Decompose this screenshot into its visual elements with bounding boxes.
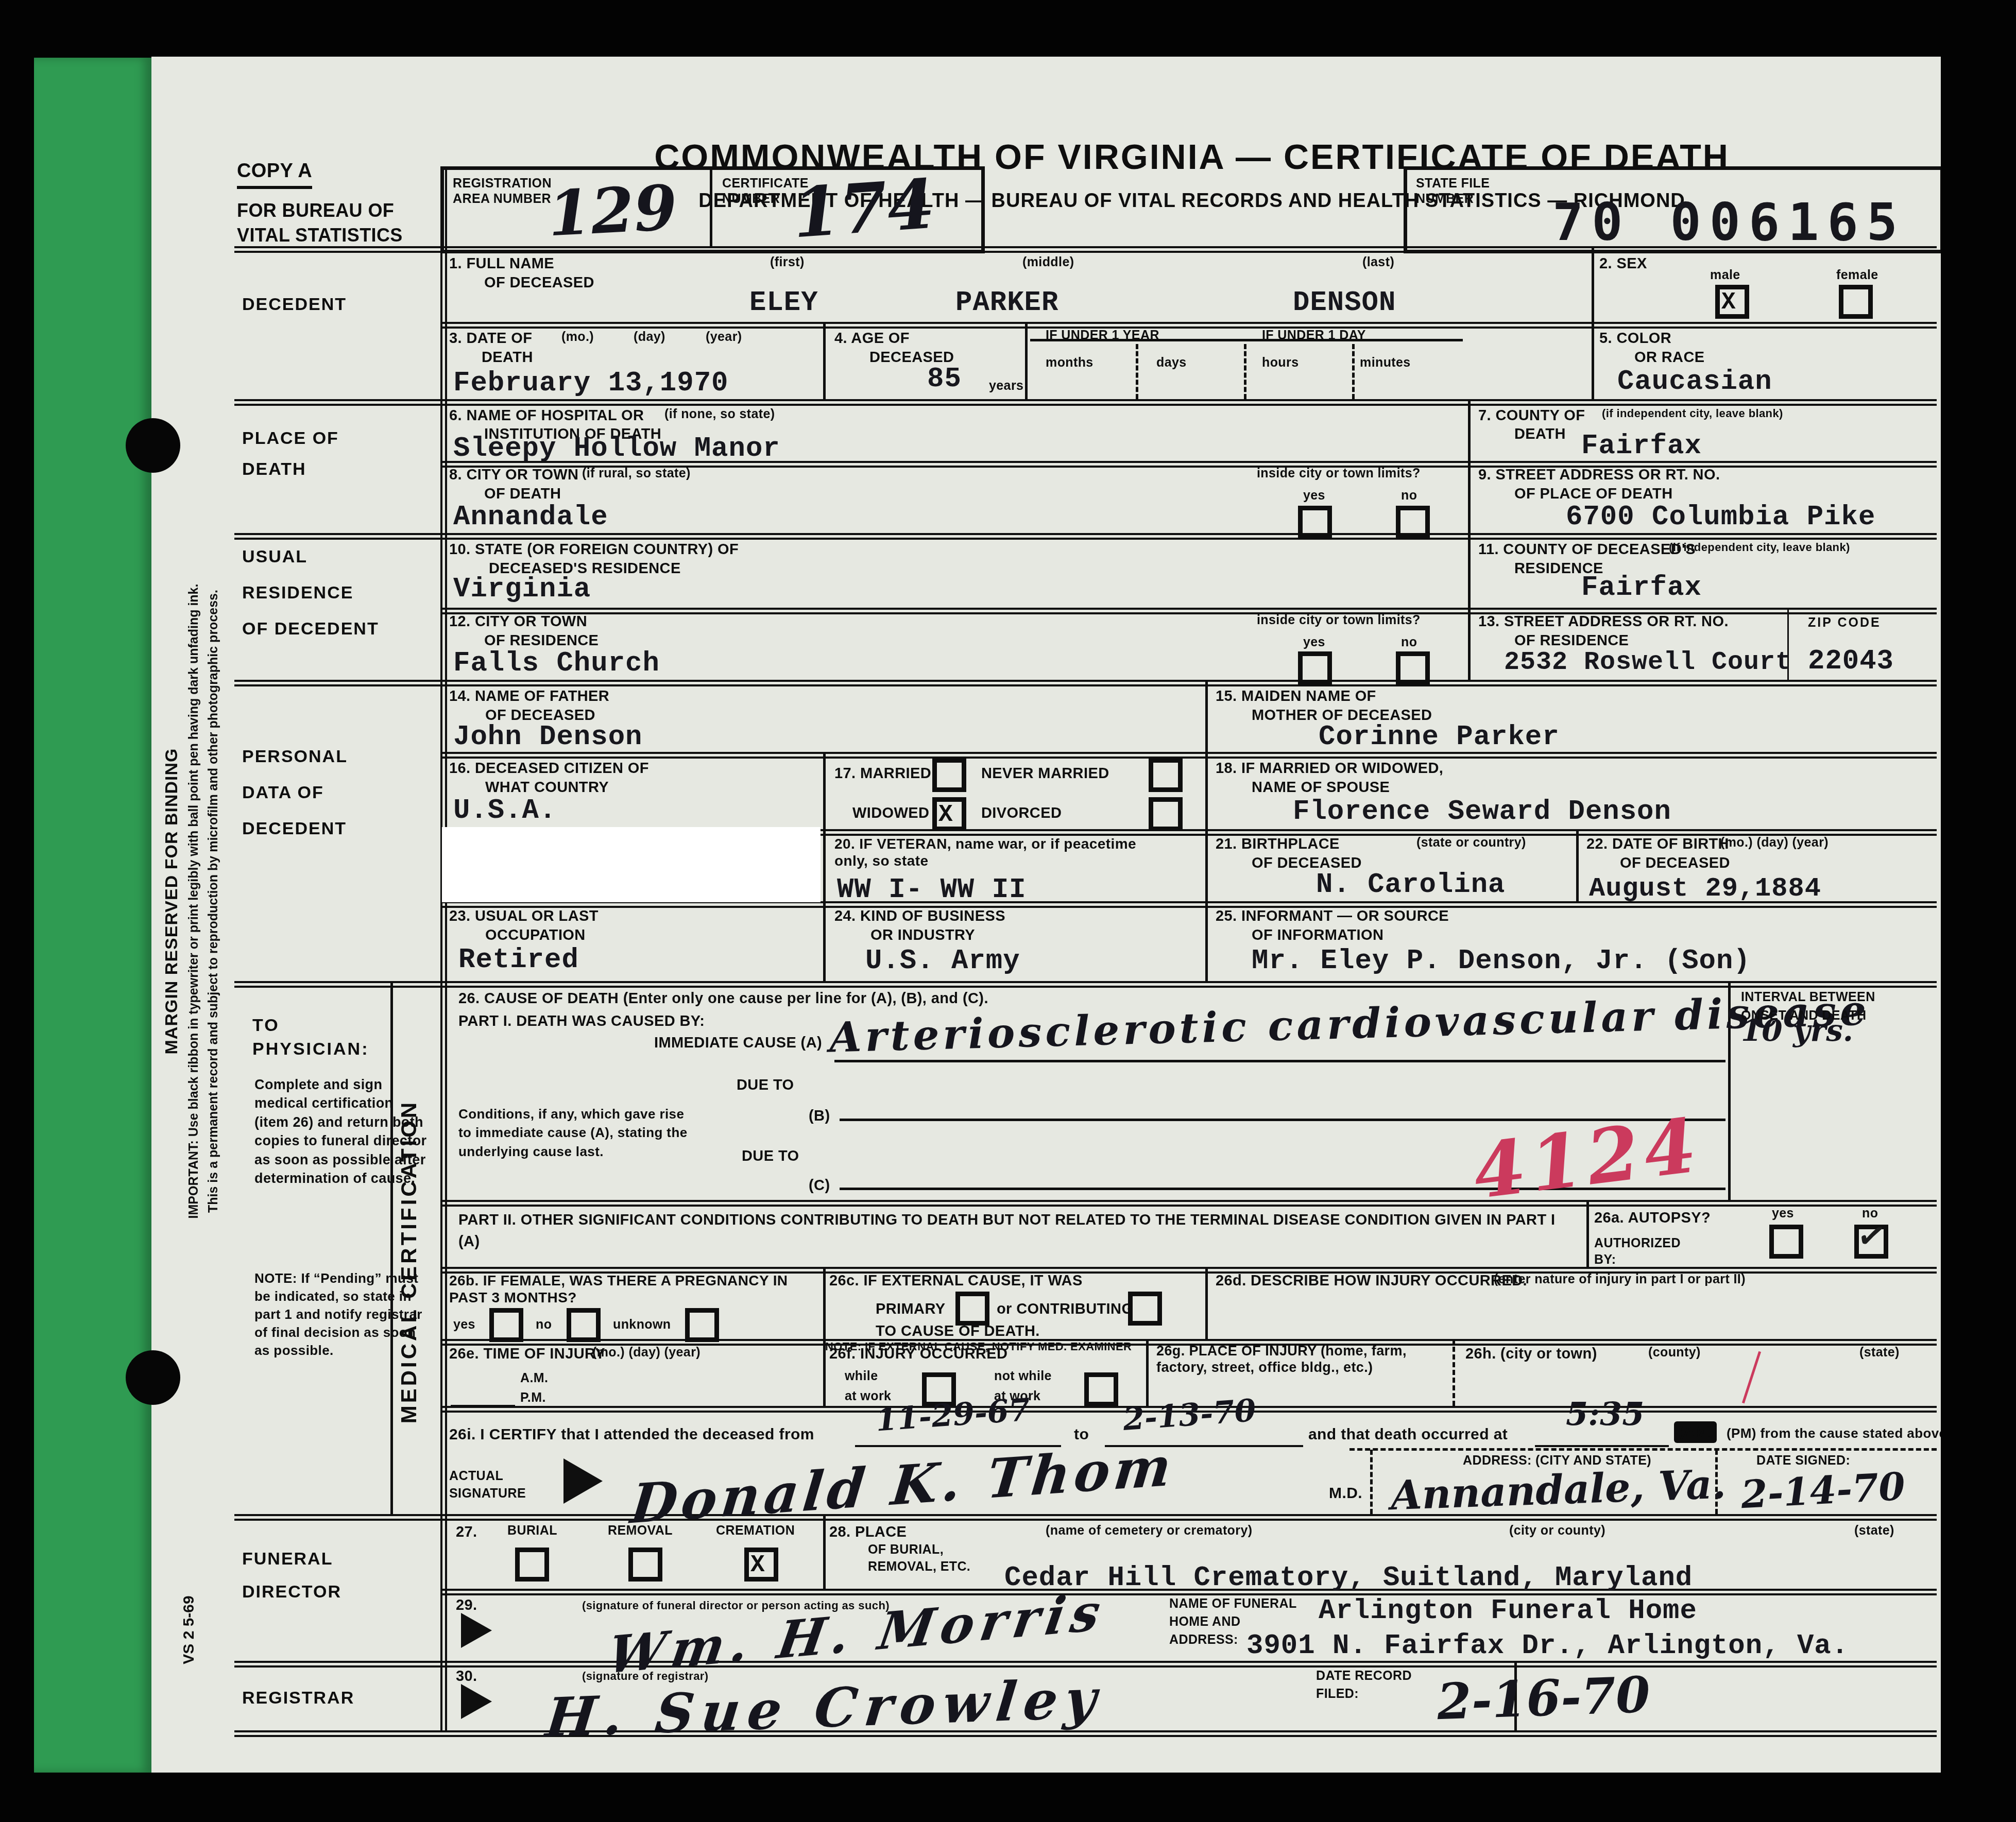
- residence-state-value: Virginia: [453, 576, 591, 604]
- pregnancy-no-checkbox: [567, 1308, 601, 1342]
- field-3-label: 3. DATE OF: [449, 330, 532, 347]
- divider: [440, 1200, 1937, 1207]
- limits-no-checkbox-1: [1396, 506, 1430, 540]
- margin-permanent-note: This is a permanent record and subject t…: [206, 482, 221, 1321]
- field-28-label-2: OF BURIAL,: [868, 1542, 944, 1558]
- form-code: VS 2 5-69: [180, 1560, 198, 1699]
- divider: [234, 246, 1937, 253]
- age-years-label: years: [989, 379, 1023, 394]
- death-certificate-scan: COMMONWEALTH OF VIRGINIA — CERTIFICATE O…: [0, 0, 2016, 1822]
- field-23-label: 23. USUAL OR LAST: [449, 907, 599, 925]
- field-6-sub: (if none, so state): [664, 407, 775, 422]
- field-3-mo: (mo.): [561, 330, 594, 345]
- field-1-label2: OF DECEASED: [484, 274, 594, 291]
- cremation-label: CREMATION: [716, 1523, 795, 1539]
- date-of-birth-value: August 29,1884: [1589, 875, 1821, 902]
- rule: [1136, 344, 1138, 399]
- primary-label: PRIMARY: [876, 1300, 945, 1318]
- physician-address-value: Annandale, Va.: [1390, 1465, 1727, 1517]
- redaction-box: [442, 827, 821, 902]
- pregnancy-no-label: no: [536, 1317, 552, 1333]
- section-personal-3: DECEDENT: [242, 819, 347, 839]
- field-14-label: 14. NAME OF FATHER: [449, 687, 609, 705]
- months-label: months: [1046, 355, 1094, 371]
- hole-punch: [126, 1350, 180, 1405]
- veteran-value: WW I- WW II: [837, 876, 1026, 904]
- field-26d-sub: (enter nature of injury in part I or par…: [1494, 1272, 1746, 1287]
- name-last-value: DENSON: [1293, 289, 1396, 317]
- not-while-label-1: not while: [994, 1369, 1052, 1384]
- minutes-label: minutes: [1360, 355, 1411, 371]
- limits-question-2: inside city or town limits?: [1257, 613, 1421, 628]
- field-1-middle: (middle): [1022, 255, 1074, 270]
- field-5-label: 5. COLOR: [1599, 330, 1671, 347]
- field-24-label: 24. KIND OF BUSINESS: [834, 907, 1005, 925]
- field-9-label2: OF PLACE OF DEATH: [1514, 485, 1673, 503]
- part-2-label: PART II. OTHER SIGNIFICANT CONDITIONS CO…: [458, 1209, 1561, 1252]
- field-8-sub: (if rural, so state): [582, 466, 691, 482]
- section-residence-2: RESIDENCE: [242, 583, 353, 603]
- cause-b-label: (B): [809, 1107, 830, 1125]
- date-signed-label: DATE SIGNED:: [1756, 1453, 1850, 1469]
- pregnancy-unknown-checkbox: [685, 1308, 719, 1342]
- field-22-label: 22. DATE OF BIRTH: [1586, 835, 1729, 853]
- section-registrar: REGISTRAR: [242, 1688, 354, 1708]
- pregnancy-unknown-label: unknown: [613, 1317, 671, 1333]
- autopsy-yes-checkbox: [1769, 1225, 1803, 1259]
- signature-arrow-icon: [563, 1458, 603, 1504]
- field-26-label: 26. CAUSE OF DEATH (Enter only one cause…: [458, 990, 988, 1007]
- field-26d-label: 26d. DESCRIBE HOW INJURY OCCURRED.: [1216, 1272, 1527, 1290]
- field-4-label: 4. AGE OF: [834, 330, 910, 347]
- mother-name-value: Corinne Parker: [1319, 724, 1560, 751]
- section-decedent: DECEDENT: [242, 295, 347, 315]
- date-record-filed-label-2: FILED:: [1316, 1687, 1359, 1702]
- rule: [1576, 829, 1579, 901]
- rule: [823, 322, 826, 399]
- cause-c-label: (C): [809, 1177, 830, 1194]
- attended-to-value: 2-13-70: [1122, 1395, 1257, 1435]
- main-vertical-rule: [440, 166, 447, 1730]
- field-29-number: 29.: [456, 1596, 477, 1614]
- margin-binding-note: MARGIN RESERVED FOR BINDING: [162, 482, 182, 1321]
- field-9-label: 9. STREET ADDRESS OR RT. NO.: [1478, 466, 1720, 484]
- field-17-married-label: 17. MARRIED: [834, 765, 931, 782]
- limits-yes-label-1: yes: [1303, 488, 1325, 504]
- autopsy-yes-label: yes: [1772, 1206, 1794, 1222]
- cemetery-city-header: (city or county): [1509, 1523, 1605, 1539]
- field-11-label: 11. COUNTY OF DECEASED'S: [1478, 541, 1696, 558]
- county-of-death-value: Fairfax: [1581, 433, 1702, 460]
- citizen-value: U.S.A.: [453, 797, 556, 825]
- divider: [234, 1730, 1937, 1737]
- zip-code-value: 22043: [1808, 648, 1894, 676]
- binding-strip: [34, 58, 151, 1773]
- registrar-arrow-icon: [461, 1684, 492, 1719]
- field-20-label: 20. IF VETERAN, name war, or if peacetim…: [834, 835, 1164, 869]
- zip-code-label: ZIP CODE: [1808, 615, 1881, 631]
- burial-label: BURIAL: [507, 1523, 557, 1539]
- field-25-label: 25. INFORMANT — OR SOURCE: [1216, 907, 1449, 925]
- field-5-label2: OR RACE: [1634, 349, 1705, 366]
- business-value: U.S. Army: [865, 948, 1020, 975]
- section-funeral-2: DIRECTOR: [242, 1582, 341, 1602]
- residence-county-value: Fairfax: [1581, 574, 1702, 602]
- divider: [440, 752, 1937, 759]
- rule: [1146, 1339, 1149, 1406]
- never-married-checkbox: [1149, 758, 1183, 792]
- not-while-at-work-checkbox: [1084, 1372, 1118, 1406]
- pm-label: P.M.: [520, 1390, 546, 1406]
- field-26b-label: 26b. IF FEMALE, WAS THERE A PREGNANCY IN…: [449, 1272, 789, 1306]
- field-2-label: 2. SEX: [1599, 255, 1647, 272]
- field-18-label2: NAME OF SPOUSE: [1252, 779, 1390, 796]
- days-label: days: [1156, 355, 1187, 371]
- section-residence-1: USUAL: [242, 547, 307, 567]
- divider: [234, 399, 1937, 406]
- field-17-divorced-label: DIVORCED: [981, 804, 1062, 822]
- limits-yes-checkbox-1: [1298, 506, 1332, 540]
- immediate-cause-label: IMMEDIATE CAUSE (A): [654, 1034, 822, 1052]
- actual-signature-label-2: SIGNATURE: [449, 1486, 526, 1502]
- limits-yes-checkbox-2: [1298, 651, 1332, 685]
- rule: [1205, 752, 1208, 981]
- divider: [234, 680, 1937, 686]
- field-15-label: 15. MAIDEN NAME OF: [1216, 687, 1376, 705]
- field-24-label2: OR INDUSTRY: [870, 926, 975, 944]
- due-to-label-2: DUE TO: [742, 1147, 799, 1165]
- rule: [1453, 1339, 1455, 1406]
- contributing-checkbox: [1128, 1292, 1162, 1326]
- field-26e-sub: (mo.) (day) (year): [592, 1345, 701, 1361]
- death-time-value: 5:35: [1566, 1398, 1644, 1430]
- field-26c-label: 26c. IF EXTERNAL CAUSE, IT WAS: [829, 1272, 1083, 1290]
- limits-no-checkbox-2: [1396, 651, 1430, 685]
- margin-important-note: IMPORTANT: Use black ribbon in typewrite…: [186, 482, 201, 1321]
- section-place-2: DEATH: [242, 459, 306, 479]
- funeral-home-address-value: 3901 N. Fairfax Dr., Arlington, Va.: [1246, 1632, 1849, 1660]
- section-residence-3: OF DECEDENT: [242, 619, 379, 639]
- name-first-value: ELEY: [749, 289, 818, 317]
- field-23-label2: OCCUPATION: [485, 926, 586, 944]
- pregnancy-yes-checkbox: [489, 1308, 523, 1342]
- rule: [1468, 608, 1471, 680]
- field-3-label2: DEATH: [482, 349, 533, 366]
- field-12-label: 12. CITY OR TOWN: [449, 613, 587, 630]
- field-26i-mid: and that death occurred at: [1308, 1425, 1508, 1443]
- divider: [234, 981, 1937, 988]
- registration-box-divider: [710, 166, 712, 246]
- rule: [1592, 246, 1594, 399]
- red-slash-mark: [1742, 1351, 1761, 1403]
- certificate-paper: COMMONWEALTH OF VIRGINIA — CERTIFICATE O…: [151, 57, 1941, 1773]
- rule: [1025, 322, 1028, 399]
- cemetery-name-header: (name of cemetery or crematory): [1046, 1523, 1252, 1539]
- due-to-label-1: DUE TO: [737, 1076, 794, 1094]
- field-26a-label: 26a. AUTOPSY?: [1594, 1209, 1711, 1227]
- date-signed-value: 2-14-70: [1740, 1468, 1906, 1515]
- field-18-label: 18. IF MARRIED OR WIDOWED,: [1216, 760, 1443, 777]
- field-1-label: 1. FULL NAME: [449, 255, 554, 272]
- field-26e-label: 26e. TIME OF INJURY: [449, 1345, 605, 1363]
- residence-address-value: 2532 Roswell Court: [1504, 650, 1791, 676]
- while-label-1: while: [845, 1369, 878, 1384]
- am-label: A.M.: [520, 1371, 548, 1386]
- field-13-label2: OF RESIDENCE: [1514, 632, 1629, 649]
- field-17-widowed-label: WIDOWED: [852, 804, 929, 822]
- field-22-label2: OF DECEASED: [1620, 854, 1730, 872]
- field-7-label2: DEATH: [1514, 425, 1566, 443]
- field-10-label: 10. STATE (OR FOREIGN COUNTRY) OF: [449, 541, 739, 558]
- physician-column-rule: [390, 981, 393, 1514]
- limits-no-label-1: no: [1401, 488, 1417, 504]
- medical-certification-label: MEDICAL CERTIFICATION: [397, 981, 421, 1542]
- date-record-filed-label-1: DATE RECORD: [1316, 1669, 1412, 1684]
- contributing-label: or CONTRIBUTING: [997, 1300, 1133, 1318]
- red-code-value: 4124: [1470, 1108, 1705, 1210]
- time-line: [1535, 1445, 1669, 1447]
- interval-header-2: ONSET AND DEATH: [1741, 1008, 1867, 1024]
- field-16-label2: WHAT COUNTRY: [485, 779, 609, 796]
- name-middle-value: PARKER: [955, 289, 1058, 317]
- hole-punch: [126, 418, 180, 473]
- am-strikeout: (AM): [1674, 1421, 1717, 1443]
- section-place-1: PLACE OF: [242, 428, 339, 449]
- time-blank-line: [451, 1405, 515, 1407]
- field-26f-label: 26f. INJURY OCCURRED: [829, 1345, 1007, 1363]
- funeral-home-label-3: ADDRESS:: [1169, 1632, 1238, 1648]
- authorized-by-label-2: BY:: [1594, 1252, 1616, 1268]
- part-1-label: PART I. DEATH WAS CAUSED BY:: [458, 1012, 705, 1030]
- state-header: (state): [1859, 1345, 1900, 1361]
- field-26h-label: 26h. (city or town): [1465, 1345, 1597, 1363]
- to-cause-label: TO CAUSE OF DEATH.: [876, 1322, 1040, 1340]
- birthplace-value: N. Carolina: [1316, 871, 1505, 899]
- authorized-by-label-1: AUTHORIZED: [1594, 1236, 1681, 1251]
- funeral-home-label-1: NAME OF FUNERAL: [1169, 1596, 1297, 1612]
- informant-value: Mr. Eley P. Denson, Jr. (Son): [1252, 948, 1751, 975]
- divider: [234, 1514, 1937, 1521]
- section-personal-1: PERSONAL: [242, 747, 348, 767]
- rule: [1244, 344, 1246, 399]
- burial-checkbox: [515, 1548, 549, 1582]
- rule: [823, 1267, 826, 1406]
- cemetery-state-header: (state): [1854, 1523, 1894, 1539]
- county-header: (county): [1648, 1345, 1701, 1361]
- field-25-label2: OF INFORMATION: [1252, 926, 1383, 944]
- limits-question-1: inside city or town limits?: [1257, 466, 1421, 482]
- sex-female-checkbox: [1839, 285, 1873, 319]
- field-1-last: (last): [1362, 255, 1394, 270]
- funeral-arrow-icon: [461, 1613, 492, 1648]
- registration-area-value: 129: [546, 177, 678, 246]
- father-name-value: John Denson: [453, 724, 642, 751]
- field-8-label2: OF DEATH: [484, 485, 561, 503]
- field-26g-label: 26g. PLACE OF INJURY (home, farm, factor…: [1156, 1343, 1445, 1376]
- field-22-sub: (mo.) (day) (year): [1720, 835, 1829, 851]
- under-1-day-label: IF UNDER 1 DAY: [1262, 328, 1366, 343]
- rule: [823, 752, 826, 981]
- rule: [823, 1514, 826, 1589]
- date-of-death-value: February 13,1970: [453, 370, 728, 398]
- widowed-checkbox: X: [932, 797, 966, 831]
- limits-yes-label-2: yes: [1303, 635, 1325, 650]
- funeral-home-name-value: Arlington Funeral Home: [1319, 1597, 1697, 1625]
- conditions-note: Conditions, if any, which gave rise to i…: [458, 1105, 701, 1161]
- removal-checkbox: [628, 1548, 662, 1582]
- under-1-year-label: IF UNDER 1 YEAR: [1046, 328, 1159, 343]
- field-7-sub: (if independent city, leave blank): [1602, 407, 1783, 420]
- section-personal-2: DATA OF: [242, 783, 324, 803]
- section-physician-2: PHYSICIAN:: [252, 1039, 369, 1059]
- rule: [1370, 1450, 1373, 1514]
- pending-note: NOTE: If “Pending” must be indicated, so…: [254, 1269, 433, 1360]
- funeral-home-label-2: HOME AND: [1169, 1614, 1240, 1630]
- city-of-death-value: Annandale: [453, 504, 608, 531]
- section-funeral-1: FUNERAL: [242, 1549, 333, 1569]
- field-17-never-label: NEVER MARRIED: [981, 765, 1109, 782]
- cremation-checkbox: X: [744, 1548, 778, 1582]
- copy-label: COPY A: [237, 160, 312, 189]
- hours-label: hours: [1262, 355, 1299, 371]
- state-file-value: 70 006165: [1552, 197, 1906, 248]
- removal-label: REMOVAL: [608, 1523, 673, 1539]
- copy-for-line2: VITAL STATISTICS: [237, 225, 403, 246]
- married-checkbox: [932, 758, 966, 792]
- limits-no-label-2: no: [1401, 635, 1417, 650]
- section-physician-1: TO: [252, 1016, 280, 1036]
- rule: [1205, 680, 1208, 752]
- field-6-label: 6. NAME OF HOSPITAL OR: [449, 407, 644, 424]
- rule: [1349, 1448, 1937, 1451]
- divorced-checkbox: [1149, 797, 1183, 831]
- field-28-label-1: 28. PLACE: [829, 1523, 907, 1541]
- field-30-number: 30.: [456, 1668, 477, 1685]
- rule: [1586, 1200, 1589, 1267]
- residence-city-value: Falls Church: [453, 650, 660, 678]
- field-3-year: (year): [706, 330, 742, 345]
- spouse-name-value: Florence Seward Denson: [1293, 798, 1671, 826]
- hospital-value: Sleepy Hollow Manor: [453, 435, 780, 463]
- field-26i-pre: 26i. I CERTIFY that I attended the decea…: [449, 1425, 814, 1443]
- divider: [234, 533, 1937, 540]
- copy-for-line1: FOR BUREAU OF: [237, 200, 394, 221]
- race-value: Caucasian: [1617, 368, 1772, 396]
- place-of-death-address-value: 6700 Columbia Pike: [1566, 504, 1875, 531]
- rule: [1352, 344, 1355, 399]
- field-16-label: 16. DECEASED CITIZEN OF: [449, 760, 649, 777]
- sex-male-label: male: [1710, 268, 1740, 283]
- interval-header-1: INTERVAL BETWEEN: [1741, 990, 1875, 1005]
- attended-from-value: 11-29-67: [875, 1395, 1031, 1436]
- field-26i-post: (PM) from the cause stated above: [1727, 1425, 1941, 1441]
- field-11-sub: (if independent city, leave blank): [1669, 541, 1850, 554]
- field-7-label: 7. COUNTY OF: [1478, 407, 1585, 424]
- sex-female-label: female: [1836, 268, 1878, 283]
- field-13-label: 13. STREET ADDRESS OR RT. NO.: [1478, 613, 1729, 630]
- field-1-first: (first): [770, 255, 805, 270]
- pregnancy-yes-label: yes: [453, 1317, 475, 1333]
- field-12-label2: OF RESIDENCE: [484, 632, 599, 649]
- field-8-label: 8. CITY OR TOWN: [449, 466, 578, 484]
- field-21-sub: (state or country): [1416, 835, 1526, 851]
- md-label: M.D.: [1329, 1484, 1362, 1502]
- physician-note: Complete and sign medical certification …: [254, 1075, 428, 1188]
- divider: [440, 322, 1937, 329]
- age-value: 85: [927, 366, 962, 393]
- actual-signature-label-1: ACTUAL: [449, 1469, 503, 1484]
- field-28-label-3: REMOVAL, ETC.: [868, 1559, 970, 1575]
- occupation-value: Retired: [458, 947, 579, 974]
- primary-checkbox: [955, 1292, 989, 1326]
- date-record-filed-value: 2-16-70: [1436, 1670, 1651, 1727]
- certificate-number-value: 174: [791, 170, 937, 248]
- sex-male-checkbox: X: [1715, 285, 1749, 319]
- rule: [1205, 1267, 1208, 1339]
- state-file-label: STATE FILE NUMBER: [1416, 176, 1519, 207]
- field-27-number: 27.: [456, 1523, 477, 1541]
- field-3-day: (day): [634, 330, 665, 345]
- field-21-label: 21. BIRTHPLACE: [1216, 835, 1340, 853]
- cause-a-line: [834, 1060, 1725, 1062]
